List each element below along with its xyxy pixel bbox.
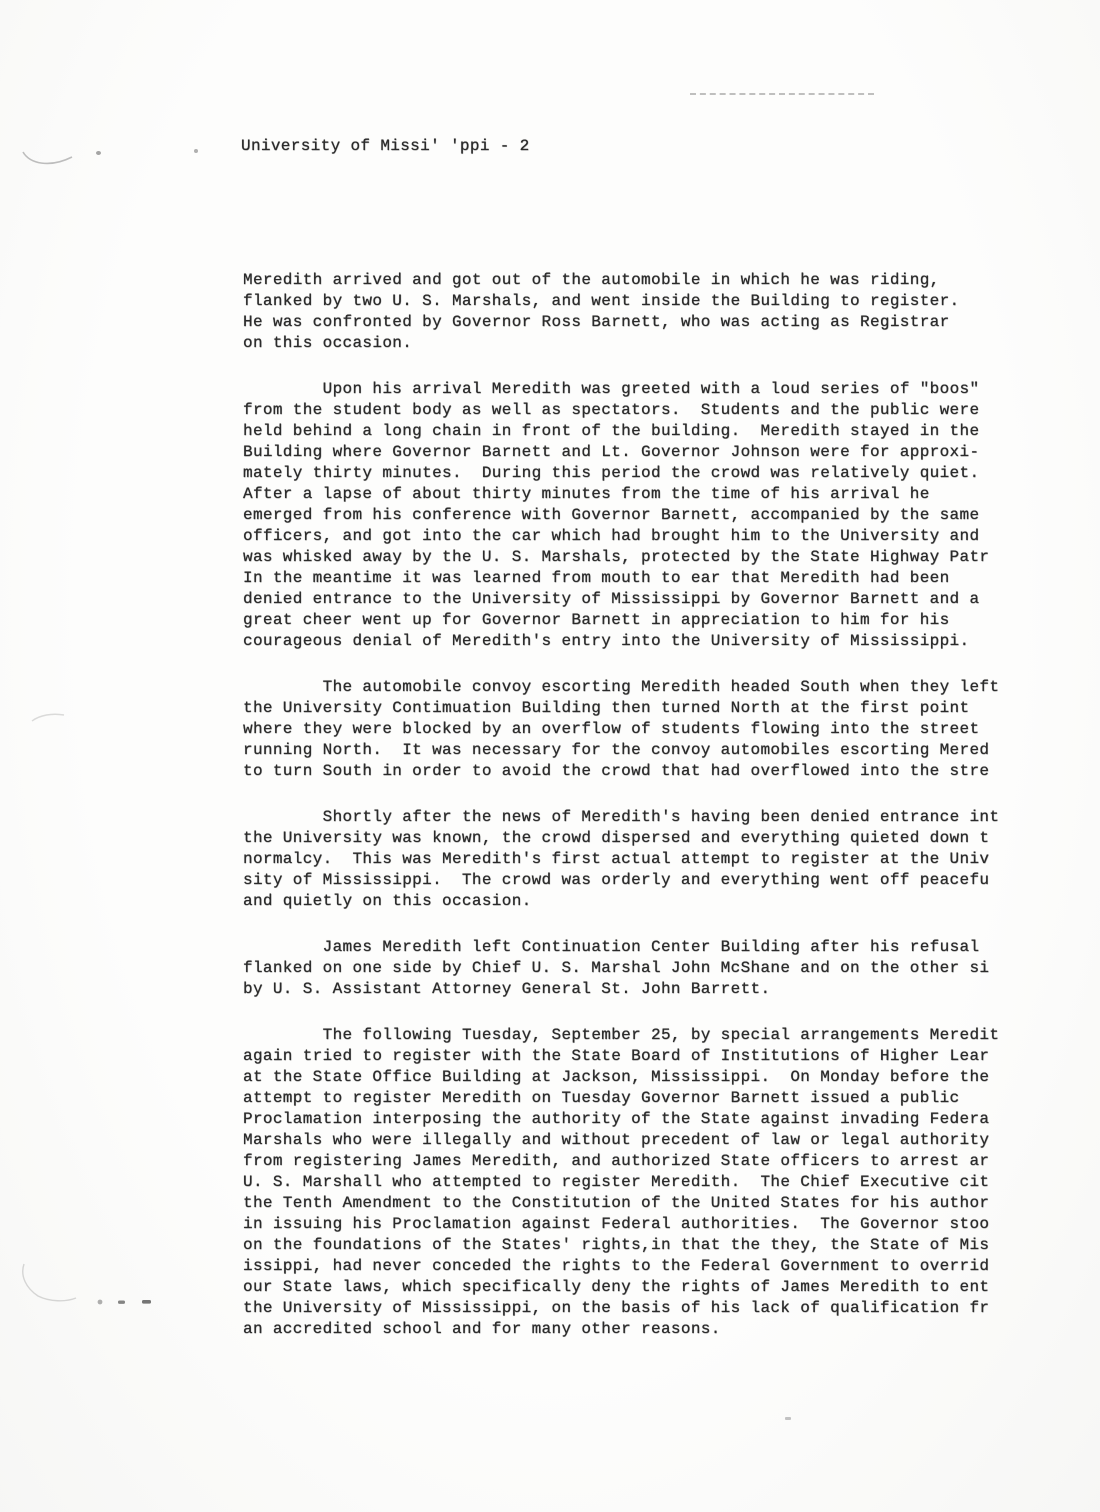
body-paragraph: James Meredith left Continuation Center … — [243, 937, 1053, 1000]
scan-artifact-faint-mark — [28, 705, 68, 731]
scan-artifact-bottom-squiggle — [16, 1258, 166, 1313]
scan-artifact-bottom-dash — [785, 1417, 791, 1420]
scan-artifact-dashed-line — [690, 93, 874, 95]
body-paragraph: Meredith arrived and got out of the auto… — [243, 270, 1053, 354]
body-paragraph: The automobile convoy escorting Meredith… — [243, 677, 1053, 782]
document-body: Meredith arrived and got out of the auto… — [243, 270, 1053, 1340]
scanned-document-page: University of Missi' 'ppi - 2 Meredith a… — [0, 0, 1100, 1512]
body-paragraph: Upon his arrival Meredith was greeted wi… — [243, 379, 1053, 652]
scan-artifact-pencil-swoosh — [20, 144, 86, 174]
body-paragraph: Shortly after the news of Meredith's hav… — [243, 807, 1053, 912]
scan-artifact-dot — [96, 151, 101, 155]
body-paragraph: The following Tuesday, September 25, by … — [243, 1025, 1053, 1340]
scan-artifact-dot — [194, 149, 198, 153]
page-header-title: University of Missi' 'ppi - 2 — [241, 136, 530, 157]
